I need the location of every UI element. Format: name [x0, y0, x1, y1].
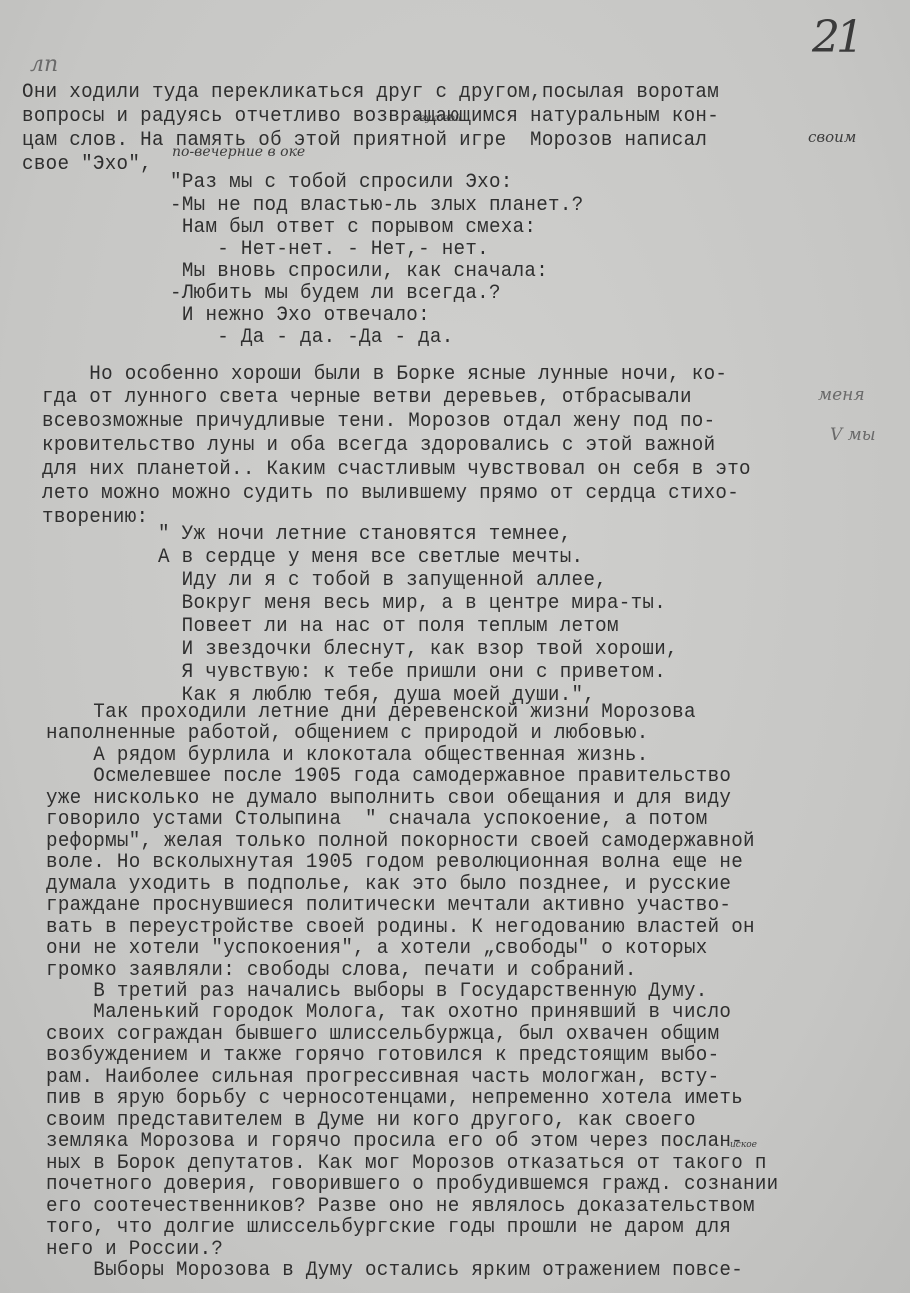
poem-line: Мы вновь спросили, как сначала:	[170, 259, 548, 282]
text-line: Но особенно хороши были в Борке ясные лу…	[42, 362, 727, 385]
poem-line: Нам был ответ с порывом смеха:	[170, 215, 536, 238]
text-line: всевозможные причудливые тени. Морозов о…	[42, 409, 715, 432]
text-line: ных в Борок депутатов. Как мог Морозов о…	[46, 1151, 767, 1174]
text-line: кровительство луны и оба всегда здоровал…	[42, 433, 715, 456]
text-line: для них планетой.. Каким счастливым чувс…	[42, 457, 751, 480]
poem-line: А в сердце у меня все светлые мечты.	[158, 545, 583, 568]
text-line: В третий раз начались выборы в Государст…	[46, 979, 708, 1002]
text-line: реформы", желая только полной покорности…	[46, 829, 755, 852]
text-line: думала уходить в подполье, как это было …	[46, 872, 731, 895]
text-line: пив в ярую борьбу с черносотенцами, непр…	[46, 1086, 743, 1109]
text-line: лето можно можно судить по вылившему пря…	[42, 481, 739, 504]
text-line: говорило устами Столыпина " сначала успо…	[46, 807, 708, 830]
text-line: А рядом бурлила и клокотала общественная…	[46, 743, 649, 766]
text-line: земляка Морозова и горячо просила его об…	[46, 1129, 743, 1152]
poem-line: Повеет ли на нас от поля теплым летом	[158, 614, 619, 637]
page-number: 21	[812, 12, 860, 63]
handwritten-right-margin-3: V мы	[830, 425, 876, 445]
text-line: граждане проснувшиеся политически мечтал…	[46, 893, 731, 916]
text-line: гда от лунного света черные ветви деревь…	[42, 385, 692, 408]
poem-line: "Раз мы с тобой спросили Эхо:	[170, 170, 513, 193]
text-line: уже нисколько не думало выполнить свои о…	[46, 786, 731, 809]
text-line: вопросы и радуясь отчетливо возвращающим…	[22, 104, 719, 127]
text-line: Осмелевшее после 1905 года самодержавное…	[46, 764, 731, 787]
handwritten-right-margin-1: своим	[808, 128, 856, 146]
text-line: его соотечественников? Разве оно не явля…	[46, 1194, 755, 1217]
typewritten-page: 21 лп по-вечерние в оке звуковой своим м…	[0, 0, 910, 1293]
poem-line: Я чувствую: к тебе пришли они с приветом…	[158, 660, 666, 683]
text-line: громко заявляли: свободы слова, печати и…	[46, 958, 637, 981]
poem-line: - Да - да. -Да - да.	[170, 325, 454, 348]
poem-line: И звездочки блеснут, как взор твой хорош…	[158, 637, 678, 660]
text-line: рам. Наиболее сильная прогрессивная част…	[46, 1065, 719, 1088]
text-line: Так проходили летние дни деревенской жиз…	[46, 700, 696, 723]
handwritten-right-margin-2: меня	[818, 385, 865, 405]
poem-line: " Уж ночи летние становятся темнее,	[158, 522, 572, 545]
poem-line: И нежно Эхо отвечало:	[170, 303, 430, 326]
text-line: Они ходили туда перекликаться друг с дру…	[22, 80, 719, 103]
text-line: почетного доверия, говорившего о пробуди…	[46, 1172, 779, 1195]
text-line: свое "Эхо",	[22, 152, 152, 175]
text-line: наполненные работой, общением с природой…	[46, 721, 649, 744]
text-line: своих сограждан бывшего шлиссельбуржца, …	[46, 1022, 719, 1045]
text-line: цам слов. На память об этой приятной игр…	[22, 128, 707, 151]
text-line: вать в переустройстве своей родины. К не…	[46, 915, 755, 938]
text-line: творению:	[42, 505, 148, 528]
poem-line: - Нет-нет. - Нет,- нет.	[170, 237, 489, 260]
text-line: возбуждением и также горячо готовился к …	[46, 1043, 719, 1066]
poem-line: -Любить мы будем ли всегда.?	[170, 281, 501, 304]
poem-line: Вокруг меня весь мир, а в центре мира-ты…	[158, 591, 666, 614]
text-line: Выборы Морозова в Думу остались ярким от…	[46, 1258, 743, 1281]
text-line: они не хотели "успокоения", а хотели „св…	[46, 936, 708, 959]
text-line: него и России.?	[46, 1237, 223, 1260]
text-line: того, что долгие шлиссельбургские годы п…	[46, 1215, 731, 1238]
text-line: воле. Но всколыхнутая 1905 годом революц…	[46, 850, 743, 873]
poem-line: Иду ли я с тобой в запущенной аллее,	[158, 568, 607, 591]
margin-mark-top-left: лп	[30, 52, 58, 77]
text-line: своим представителем в Думе ни кого друг…	[46, 1108, 696, 1131]
poem-line: -Мы не под властью-ль злых планет.?	[170, 193, 584, 216]
text-line: Маленький городок Молога, так охотно при…	[46, 1000, 731, 1023]
